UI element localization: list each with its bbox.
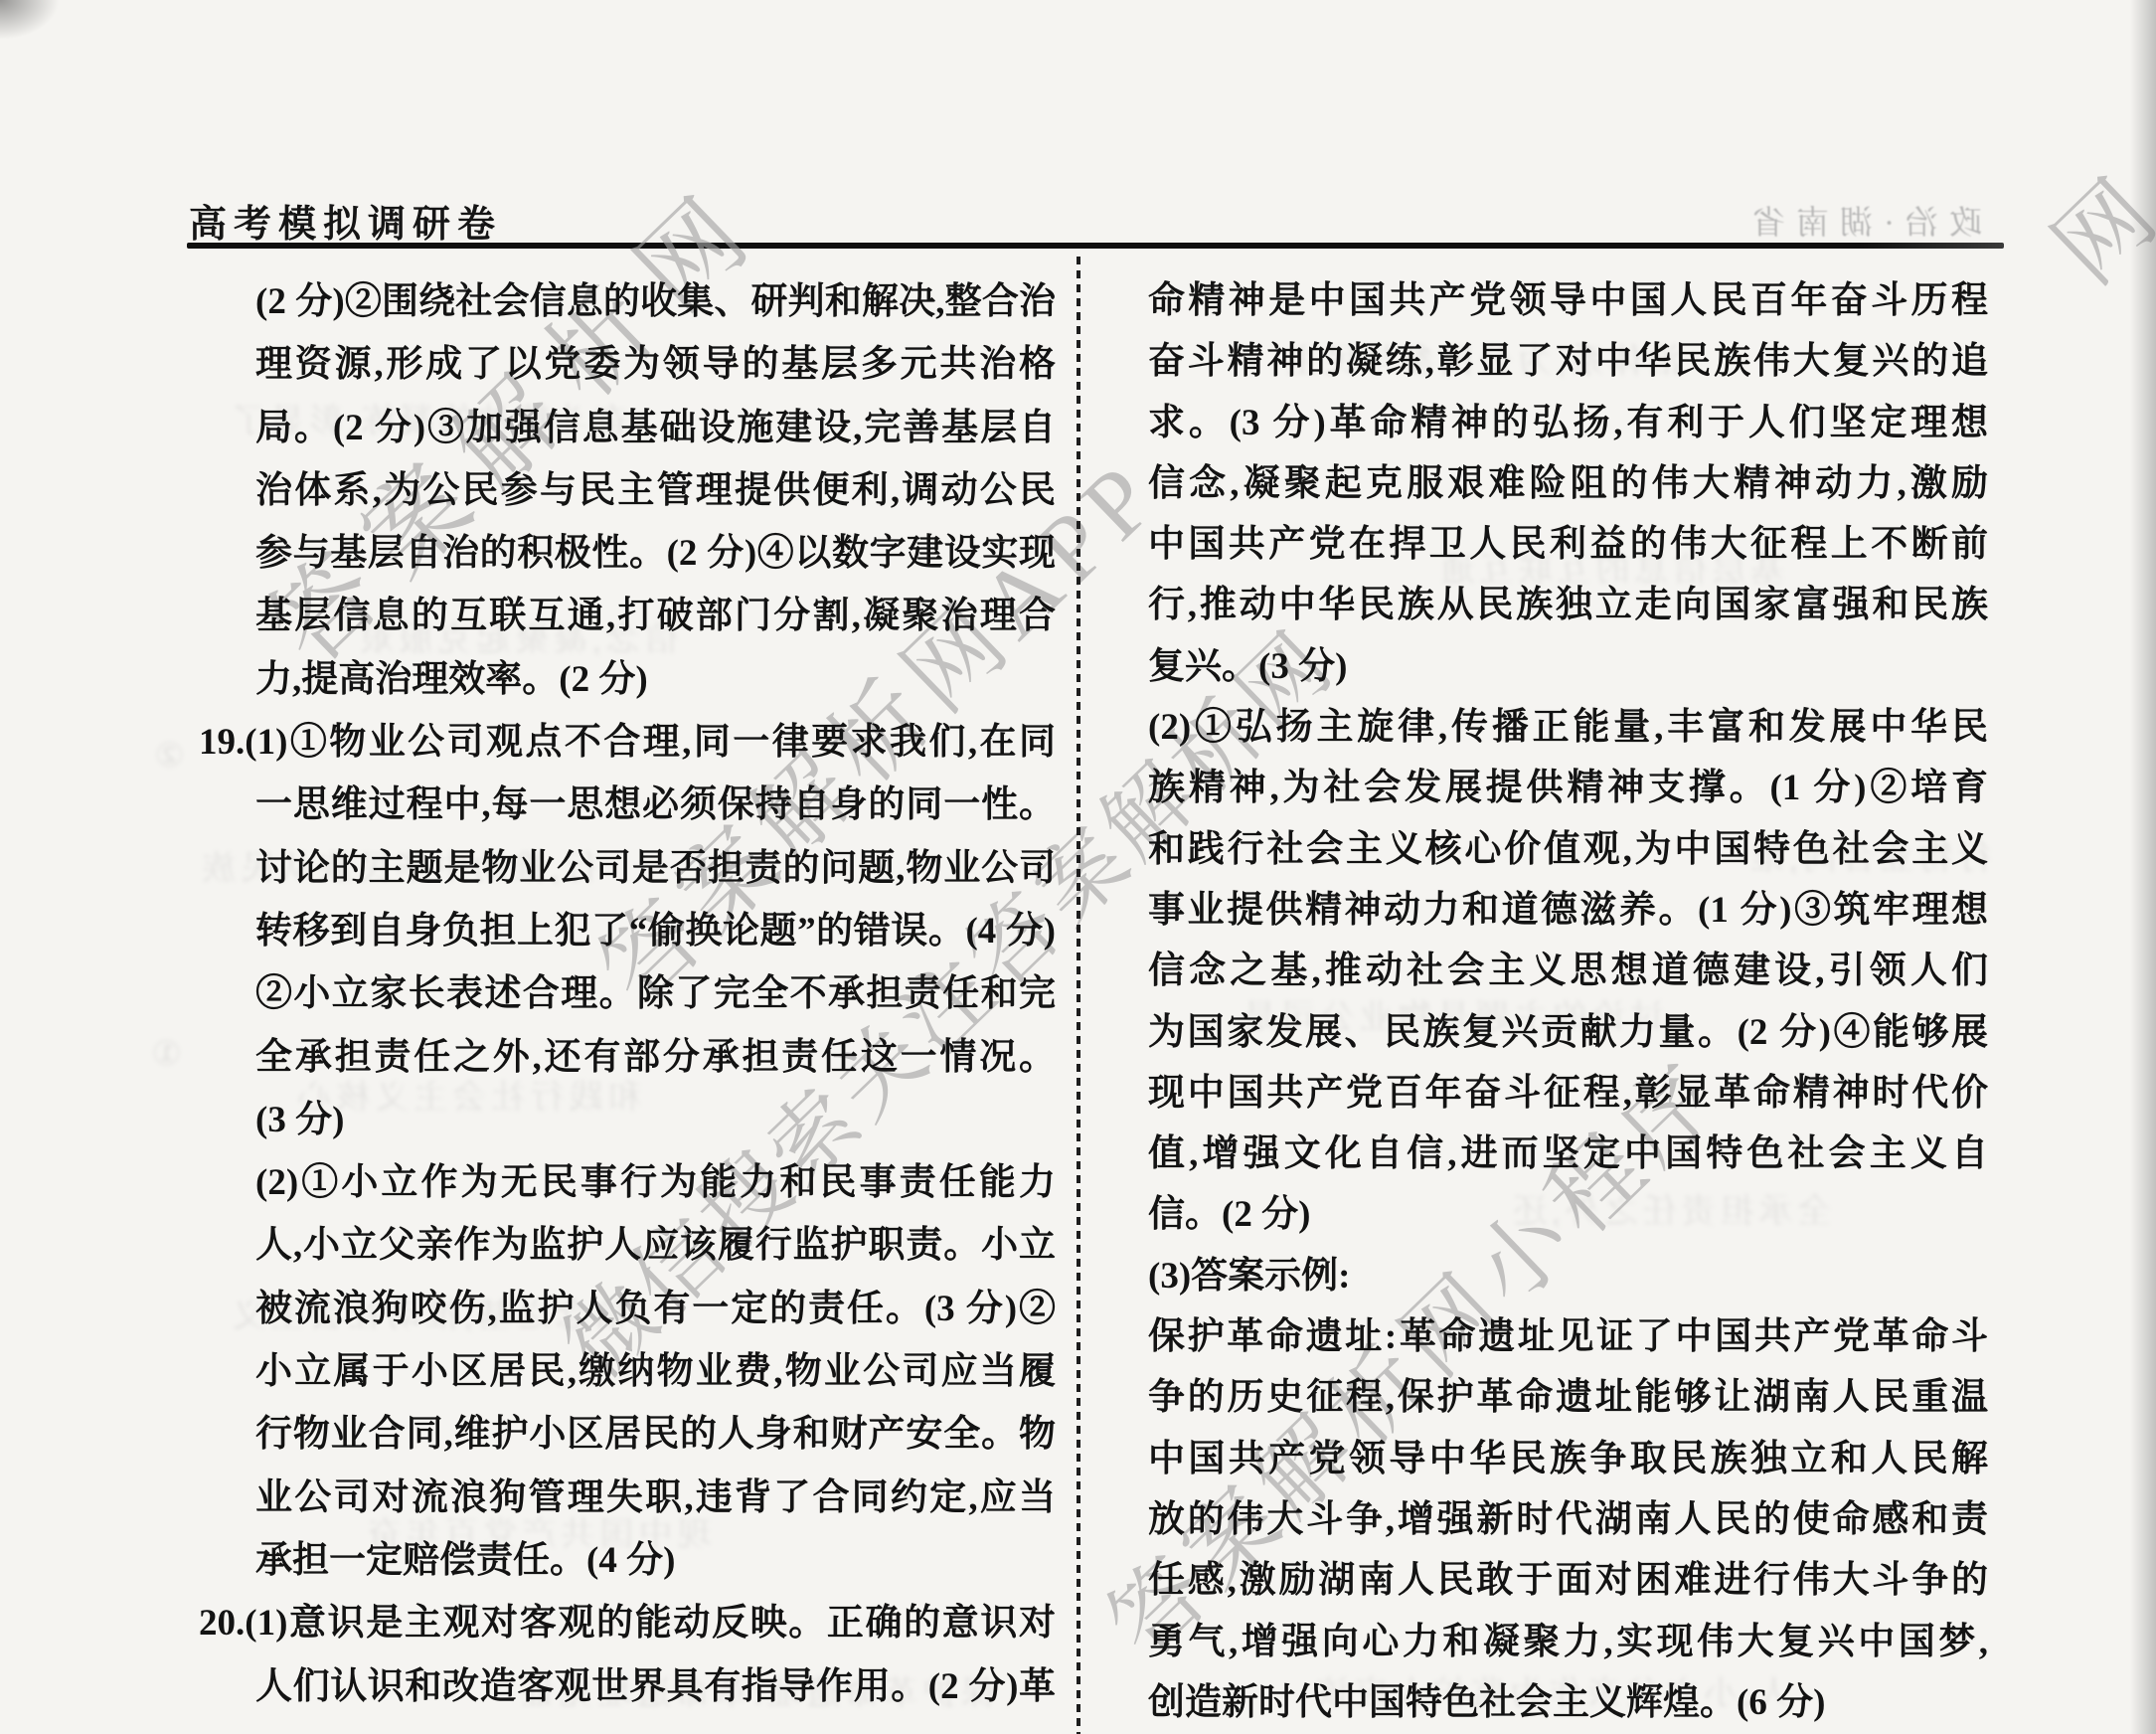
answer-line: 被流浪狗咬伤,监护人负有一定的责任。(3 分)② [199, 1278, 1056, 1340]
answer-line: 参与基层自治的积极性。(2 分)④以数字建设实现 [199, 522, 1056, 585]
page-edge-label: 政治·湖南省 [1741, 197, 1982, 244]
answer-line: (2)①小立作为无民事行为能力和民事责任能力 [199, 1151, 1056, 1214]
answer-line: 理资源,形成了以党委为领导的基层多元共治格 [199, 333, 1056, 396]
page-title: 高考模拟调研卷 [189, 193, 502, 248]
answer-line: (2 分)②围绕社会信息的收集、研判和解决,整合治 [199, 270, 1056, 333]
answer-line: 信。(2 分) [1148, 1184, 1988, 1245]
answer-line: 20.(1)意识是主观对客观的能动反映。正确的意识对 [199, 1592, 1056, 1654]
answer-line: 族精神,为社会发展提供精神支撑。(1 分)②培育 [1148, 758, 1988, 818]
answer-line: 为国家发展、民族复兴贡献力量。(2 分)④能够展 [1148, 1002, 1988, 1063]
right-answer-column: 命精神是中国共产党领导中国人民百年奋斗历程奋斗精神的凝练,彰显了对中华民族伟大复… [1148, 270, 1988, 1733]
answer-line: 承担一定赔偿责任。(4 分) [199, 1529, 1056, 1592]
answer-line: 放的伟大斗争,增强新时代湖南人民的使命感和责 [1148, 1489, 1988, 1550]
answer-line: 保护革命遗址:革命遗址见证了中国共产党革命斗 [1148, 1306, 1988, 1367]
answer-line: 信念,凝聚起克服艰难险阻的伟大精神动力,激励 [1148, 453, 1988, 514]
answer-line: 中国共产党在捍卫人民利益的伟大征程上不断前 [1148, 514, 1988, 575]
answer-line: ②小立家长表述合理。除了完全不承担责任和完 [199, 962, 1056, 1025]
answer-line: 争的历史征程,保护革命遗址能够让湖南人民重温 [1148, 1367, 1988, 1428]
left-answer-column: (2 分)②围绕社会信息的收集、研判和解决,整合治理资源,形成了以党委为领导的基… [199, 270, 1056, 1718]
answer-line: 一思维过程中,每一思想必须保持自身的同一性。 [199, 774, 1056, 836]
answer-line: (3)答案示例: [1148, 1246, 1988, 1306]
answer-line: 勇气,增强向心力和凝聚力,实现伟大复兴中国梦, [1148, 1612, 1988, 1672]
answer-line: 命精神是中国共产党领导中国人民百年奋斗历程 [1148, 270, 1988, 331]
scanned-exam-page: 高考模拟调研卷 政治·湖南省 答案解析网答案解析网APP微信搜索关注答案解析网答… [0, 0, 2156, 1734]
answer-line: 转移到自身负担上犯了“偷换论题”的错误。(4 分) [199, 900, 1056, 962]
answer-line: 基层信息的互联互通,打破部门分割,凝聚治理合 [199, 585, 1056, 647]
answer-line: (3 分) [199, 1089, 1056, 1151]
answer-line: 讨论的主题是物业公司是否担责的问题,物业公司 [199, 837, 1056, 900]
answer-line: 局。(2 分)③加强信息基础设施建设,完善基层自 [199, 397, 1056, 459]
answer-line: 中国共产党领导中华民族争取民族独立和人民解 [1148, 1429, 1988, 1489]
answer-line: 小立属于小区居民,缴纳物业费,物业公司应当履 [199, 1340, 1056, 1403]
answer-line: 任感,激励湖南人民敢于面对困难进行伟大斗争的 [1148, 1550, 1988, 1611]
answer-line: (2)①弘扬主旋律,传播正能量,丰富和发展中华民 [1148, 697, 1988, 758]
column-divider [1077, 257, 1080, 1734]
answer-line: 复兴。(3 分) [1148, 636, 1988, 697]
answer-line: 和践行社会主义核心价值观,为中国特色社会主义 [1148, 819, 1988, 880]
answer-line: 人,小立父亲作为监护人应该履行监护职责。小立 [199, 1214, 1056, 1277]
answer-line: 信念之基,推动社会主义思想道德建设,引领人们 [1148, 941, 1988, 1001]
bleedthrough-text: ① [146, 1034, 181, 1074]
answer-line: 求。(3 分)革命精神的弘扬,有利于人们坚定理想 [1148, 393, 1988, 453]
answer-line: 行物业合同,维护小区居民的人身和财产安全。物 [199, 1403, 1056, 1466]
scan-corner-smudge [0, 0, 60, 40]
header-rule [187, 243, 2004, 249]
answer-line: 19.(1)①物业公司观点不合理,同一律要求我们,在同 [199, 711, 1056, 774]
answer-line: 事业提供精神动力和道德滋养。(1 分)③筑牢理想 [1148, 880, 1988, 941]
answer-line: 现中国共产党百年奋斗征程,彰显革命精神时代价 [1148, 1063, 1988, 1124]
answer-line: 业公司对流浪狗管理失职,违背了合同约定,应当 [199, 1467, 1056, 1529]
answer-line: 行,推动中华民族从民族独立走向国家富强和民族 [1148, 575, 1988, 635]
bleedthrough-text: ② [149, 736, 184, 776]
answer-line: 力,提高治理效率。(2 分) [199, 648, 1056, 711]
answer-line: 创造新时代中国特色社会主义辉煌。(6 分) [1148, 1672, 1988, 1733]
answer-line: 人们认识和改造客观世界具有指导作用。(2 分)革 [199, 1655, 1056, 1718]
scan-edge-shadow [2130, 0, 2156, 1734]
answer-line: 治体系,为公民参与民主管理提供便利,调动公民 [199, 459, 1056, 522]
answer-line: 全承担责任之外,还有部分承担责任这一情况。 [199, 1026, 1056, 1089]
answer-line: 奋斗精神的凝练,彰显了对中华民族伟大复兴的追 [1148, 331, 1988, 392]
answer-line: 值,增强文化自信,进而坚定中国特色社会主义自 [1148, 1124, 1988, 1184]
